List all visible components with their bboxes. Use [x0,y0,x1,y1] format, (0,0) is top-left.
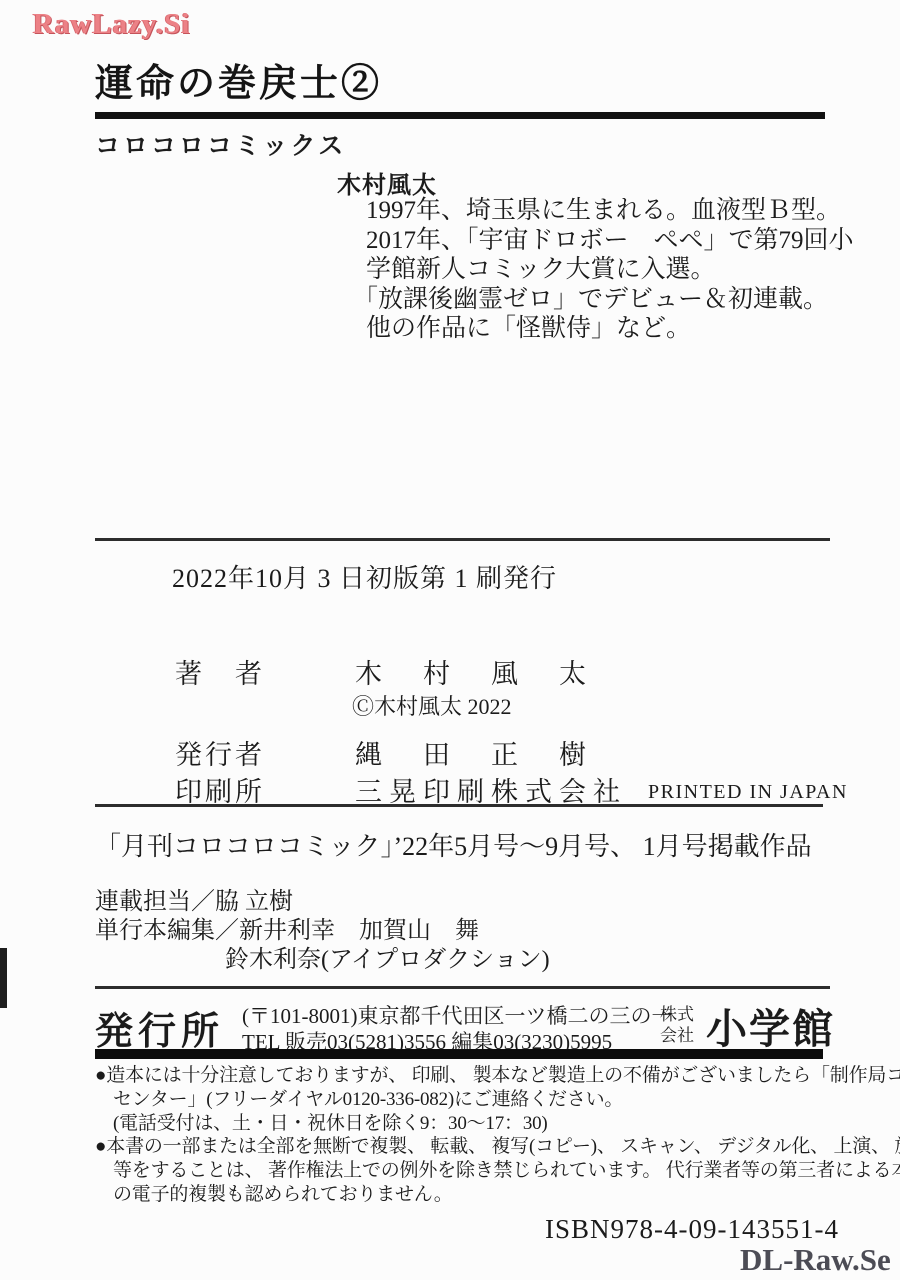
staff-line: 単行本編集／新井利幸 加賀山 舞 [95,917,550,946]
author-bio: 1997年、埼玉県に生まれる。血液型Ｂ型。 2017年、「宇宙ドロボー ペペ」で… [366,196,854,344]
staff-credits: 連載担当／脇 立樹 単行本編集／新井利幸 加賀山 舞 鈴木利奈(アイプロダクショ… [95,888,550,975]
author-bio-line: 他の作品に「怪獣侍」など。 [366,314,854,344]
author-bio-line: 2017年、「宇宙ドロボー ペペ」で第79回小 [366,226,854,256]
copyright-line: Ⓒ木村風太 2022 [352,690,512,721]
notice-line: ●本書の一部または全部を無断で複製、 転載、 複写(コピー)、 スキャン、 デジ… [95,1135,900,1159]
scan-edge-artifact [0,948,7,1008]
credit-author-value: 木 村 風 太 [355,652,593,691]
legal-notices: ●造本には十分注意しておりますが、 印刷、 製本など製造上の不備がございましたら… [95,1064,900,1207]
notice-line: センター」(フリーダイヤル0120-336-082)にご連絡ください。 [113,1088,900,1112]
publisher-company-type-line: 会社 [660,1025,694,1046]
edition-date: 2022年10月 3 日初版第 1 刷発行 [172,558,557,595]
publisher-company-name: 小学館 [706,996,835,1055]
publisher-company-type-line: 株式 [660,1004,694,1025]
staff-line: 連載担当／脇 立樹 [95,888,550,917]
site-watermark-top: RawLazy.Si [33,8,190,41]
notice-line: ●造本には十分注意しておりますが、 印刷、 製本など製造上の不備がございましたら… [95,1064,900,1088]
author-bio-line: 「放課後幽霊ゼロ」でデビュー＆初連載。 [353,285,854,315]
isbn-number: ISBN978-4-09-143551-4 [545,1214,839,1245]
publisher-company-type: 株式 会社 [660,1004,694,1046]
credit-publisher-value: 縄 田 正 樹 [355,733,593,772]
staff-line: 鈴木利奈(アイプロダクション) [225,946,550,975]
credit-publisher-label: 発行者 [175,733,265,772]
site-watermark-bottom: DL-Raw.Se [740,1242,891,1278]
notice-line: (電話受付は、土・日・祝休日を除く9：30～17：30) [113,1112,900,1136]
notice-line: 等をすることは、 著作権法上での例外を除き禁じられています。 代行業者等の第三者… [113,1159,900,1183]
section-divider-rule [95,538,830,541]
printed-in-japan-label: PRINTED IN JAPAN [648,781,848,804]
thick-divider-rule [95,1049,823,1059]
section-divider-rule [95,986,830,989]
credit-author-label: 著 者 [175,652,265,691]
title-divider-rule [95,112,825,119]
author-bio-line: 学館新人コミック大賞に入選。 [366,255,854,285]
author-bio-line: 1997年、埼玉県に生まれる。血液型Ｂ型。 [366,196,854,226]
section-divider-rule [95,804,823,807]
author-name: 木村風太 [337,165,437,200]
publisher-label: 発行所 [95,1000,224,1055]
book-title: 運命の巻戻士② [95,52,382,107]
imprint-label: コロコロコミックス [95,126,346,162]
notice-line: の電子的複製も認められておりません。 [113,1183,900,1207]
serialization-note: 「月刊コロコロコミック」’22年5月号～9月号、 1月号掲載作品 [95,826,812,863]
colophon-page: RawLazy.Si 運命の巻戻士② コロコロコミックス 木村風太 1997年、… [0,0,900,1280]
